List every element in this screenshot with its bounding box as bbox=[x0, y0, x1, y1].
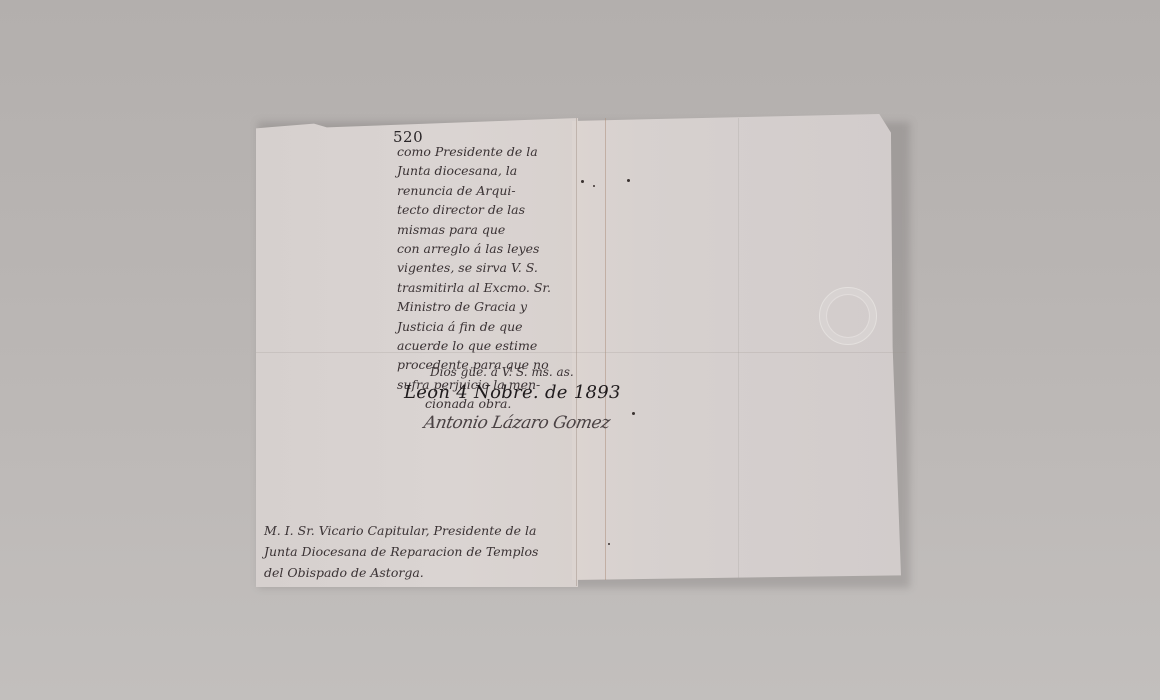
body-line: con arreglo á las leyes bbox=[397, 239, 607, 258]
body-line: tecto director de las bbox=[397, 200, 607, 219]
right-leaf bbox=[572, 114, 906, 580]
addressee-line: Junta Diocesana de Reparacion de Templos bbox=[264, 541, 584, 562]
right-leaf-center-crease bbox=[738, 118, 739, 578]
addressee-block: M. I. Sr. Vicario Capitular, Presidente … bbox=[264, 520, 584, 583]
signature: Antonio Lázaro Gomez bbox=[422, 413, 611, 433]
body-line: acuerde lo que estime bbox=[397, 336, 607, 355]
closing-formula: Dios güe. á V. S. ms. as. bbox=[430, 365, 574, 379]
body-line: Ministro de Gracia y bbox=[397, 297, 607, 316]
body-line: Justicia á fin de que bbox=[397, 317, 607, 336]
body-line: vigentes, se sirva V. S. bbox=[397, 258, 607, 277]
embossed-seal bbox=[819, 287, 877, 345]
body-line: como Presidente de la bbox=[397, 142, 607, 161]
addressee-line: M. I. Sr. Vicario Capitular, Presidente … bbox=[264, 520, 584, 541]
body-line: Junta diocesana, la bbox=[397, 161, 607, 180]
addressee-line: del Obispado de Astorga. bbox=[264, 562, 584, 583]
pin-hole bbox=[632, 412, 635, 415]
body-line: trasmitirla al Excmo. Sr. bbox=[397, 278, 607, 297]
body-line: renuncia de Arqui- bbox=[397, 181, 607, 200]
pin-hole bbox=[608, 543, 610, 545]
pin-hole bbox=[627, 179, 630, 182]
place-and-date: Leon 4 Nobre. de 1893 bbox=[404, 382, 621, 403]
body-line: mismas para que bbox=[397, 220, 607, 239]
